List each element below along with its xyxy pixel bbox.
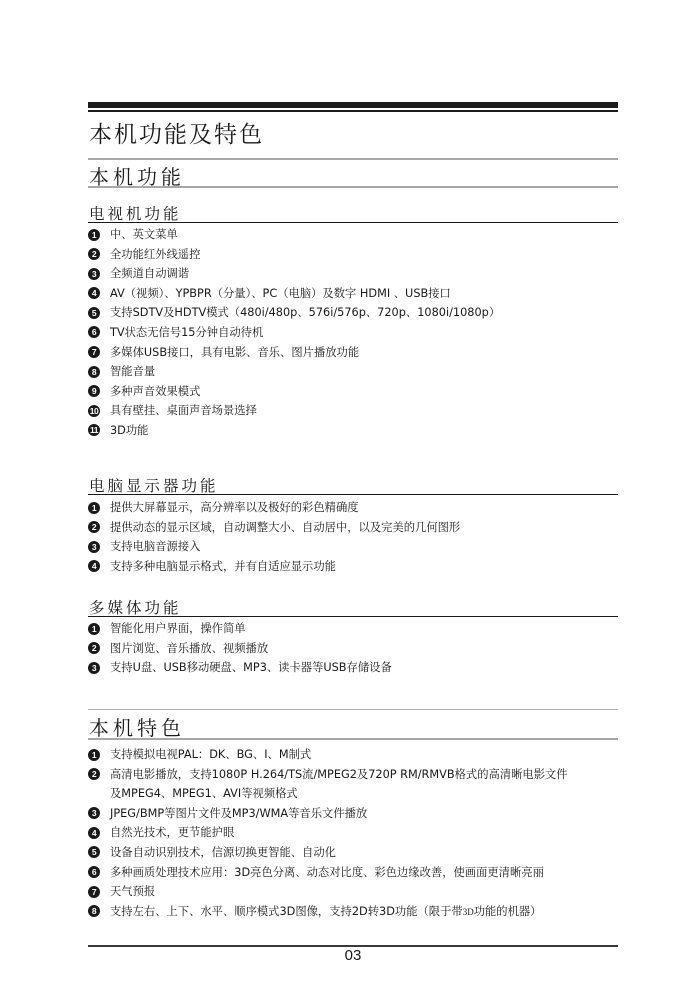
list-item: 2全功能红外线遥控 (88, 245, 623, 265)
section-heading-characteristics: 本机特色 (89, 712, 185, 741)
subsection-heading-tv: 电视机功能 (89, 202, 182, 224)
list-item: 113D功能 (88, 421, 623, 441)
list-item: 2提供动态的显示区域，自动调整大小、自动居中，以及完美的几何图形 (88, 518, 623, 538)
list-item: 2高清电影播放，支持1080P H.264/TS流/MPEG2及720P RM/… (88, 765, 623, 804)
list-item: 9多种声音效果模式 (88, 382, 623, 402)
multimedia-features-list: 1智能化用户界面，操作简单 2图片浏览、音乐播放、视频播放 3支持U盘、USB移… (88, 619, 623, 678)
number-bullet-icon: 2 (88, 768, 100, 780)
list-item: 8智能音量 (88, 362, 623, 382)
number-bullet-icon: 1 (88, 502, 100, 514)
list-item: 7天气预报 (88, 882, 623, 902)
list-item: 4AV（视频）、YPBPR（分量）、PC（电脑）及数字 HDMI 、USB接口 (88, 284, 623, 304)
list-item: 6TV状态无信号15分钟自动待机 (88, 323, 623, 343)
list-item: 1支持模拟电视PAL：DK、BG、I、M制式 (88, 745, 623, 765)
number-bullet-icon: 2 (88, 521, 100, 533)
subsection-rule-tv (88, 222, 618, 223)
list-item: 5设备自动识别技术，信源切换更智能、自动化 (88, 843, 623, 863)
page-number: 03 (88, 947, 618, 964)
number-bullet-icon: 2 (88, 248, 100, 260)
list-item: 7多媒体USB接口，具有电影、音乐、图片播放功能 (88, 343, 623, 363)
list-item: 3全频道自动调谐 (88, 264, 623, 284)
subsection-heading-multimedia: 多媒体功能 (89, 596, 182, 618)
tv-features-list: 1中、英文菜单 2全功能红外线遥控 3全频道自动调谐 4AV（视频）、YPBPR… (88, 225, 623, 441)
number-bullet-icon: 3 (88, 268, 100, 280)
list-item: 1提供大屏幕显示，高分辨率以及极好的彩色精确度 (88, 498, 623, 518)
list-item: 3支持电脑音源接入 (88, 537, 623, 557)
list-item: 1中、英文菜单 (88, 225, 623, 245)
number-bullet-icon: 2 (88, 642, 100, 654)
number-bullet-icon: 1 (88, 749, 100, 761)
characteristics-list: 1支持模拟电视PAL：DK、BG、I、M制式 2高清电影播放，支持1080P H… (88, 745, 623, 921)
number-bullet-icon: 10 (88, 405, 100, 417)
list-item: 5支持SDTV及HDTV模式（480i/480p、576i/576p、720p、… (88, 303, 623, 323)
number-bullet-icon: 5 (88, 307, 100, 319)
number-bullet-icon: 4 (88, 827, 100, 839)
top-thick-rule (88, 102, 618, 108)
number-bullet-icon: 7 (88, 886, 100, 898)
list-item: 4支持多种电脑显示格式，并有自适应显示功能 (88, 557, 623, 577)
subsection-rule-multimedia (88, 616, 618, 617)
list-item: 6多种画质处理技术应用：3D亮色分离、动态对比度、彩色边缘改善，使画面更清晰亮丽 (88, 863, 623, 883)
subsection-rule-pc (88, 494, 618, 495)
number-bullet-icon: 1 (88, 229, 100, 241)
list-item: 3支持U盘、USB移动硬盘、MP3、读卡器等USB存储设备 (88, 658, 623, 678)
subsection-heading-pc: 电脑显示器功能 (89, 474, 219, 496)
section-rule-bottom (88, 186, 618, 188)
section-rule-top (88, 158, 618, 160)
top-thin-rule (88, 110, 618, 112)
list-item: 1智能化用户界面，操作简单 (88, 619, 623, 639)
number-bullet-icon: 6 (88, 866, 100, 878)
list-item: 8支持左右、上下、水平、顺序模式3D图像，支持2D转3D功能（限于带3D功能的机… (88, 902, 623, 922)
number-bullet-icon: 3 (88, 662, 100, 674)
number-bullet-icon: 8 (88, 366, 100, 378)
list-item: 2图片浏览、音乐播放、视频播放 (88, 639, 623, 659)
list-item: 10具有壁挂、桌面声音场景选择 (88, 401, 623, 421)
number-bullet-icon: 7 (88, 346, 100, 358)
list-item: 3JPEG/BMP等图片文件及MP3/WMA等音乐文件播放 (88, 804, 623, 824)
list-item: 4自然光技术，更节能护眼 (88, 823, 623, 843)
section-rule-top-characteristics (88, 709, 618, 710)
page-title: 本机功能及特色 (89, 116, 264, 149)
section-rule-bottom-characteristics (88, 738, 618, 740)
number-bullet-icon: 1 (88, 623, 100, 635)
number-bullet-icon: 3 (88, 541, 100, 553)
pc-features-list: 1提供大屏幕显示，高分辨率以及极好的彩色精确度 2提供动态的显示区域，自动调整大… (88, 498, 623, 576)
